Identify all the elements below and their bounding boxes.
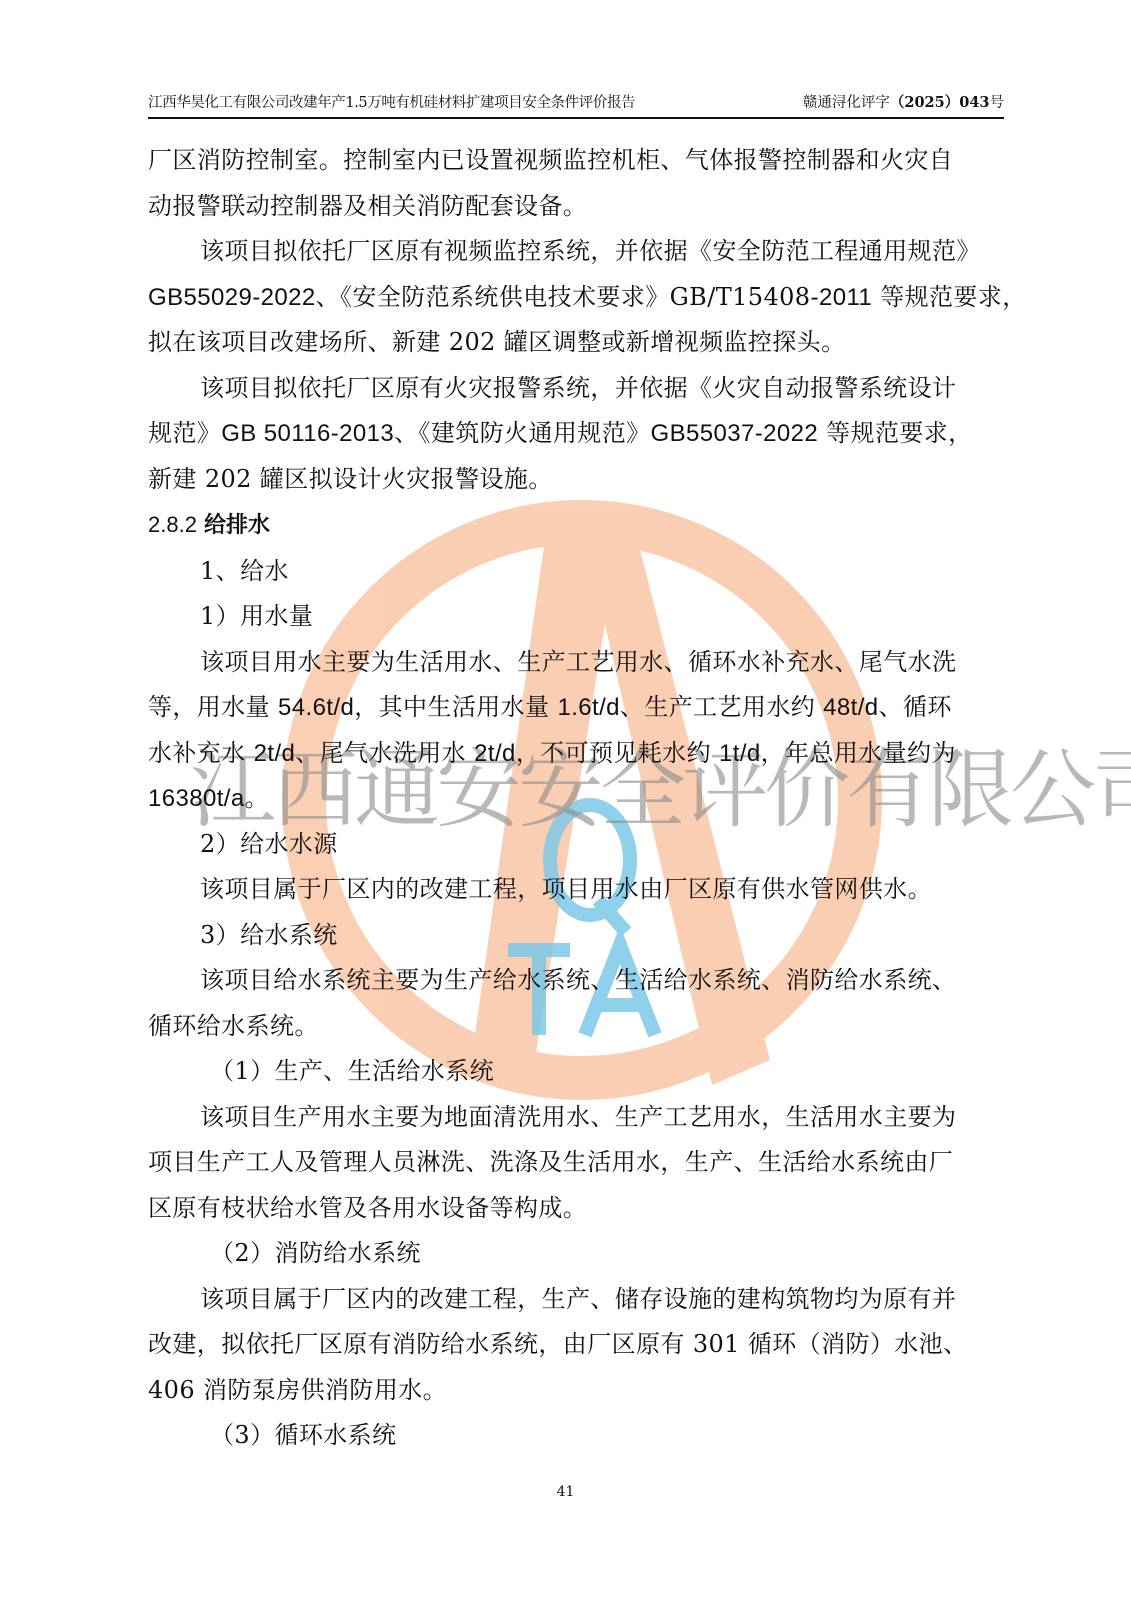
value-domestic: 1.6t/d xyxy=(557,694,619,721)
standard-code: GB55029-2022 xyxy=(148,284,316,311)
page-body: 厂区消防控制室。控制室内已设置视频监控机柜、气体报警控制器和火灾自 动报警联动控… xyxy=(148,138,1004,1459)
report-title: 江西华昊化工有限公司改建年产1.5万吨有机硅材料扩建项目安全条件评价报告 xyxy=(148,92,635,114)
list-item: 1、给水 xyxy=(148,549,1004,595)
page-number: 41 xyxy=(0,1484,1131,1500)
paragraph-line: 该项目给水系统主要为生产给水系统、生活给水系统、消防给水系统、 xyxy=(148,958,1004,1004)
paragraph-line: 项目生产工人及管理人员淋洗、洗涤及生活用水，生产、生活给水系统由厂 xyxy=(148,1140,1004,1186)
text-span: 等规范要求， xyxy=(818,419,972,447)
value-tail-gas-wash: 2t/d xyxy=(474,740,516,767)
subsection-title: （1）生产、生活给水系统 xyxy=(148,1049,1004,1095)
paragraph-line: 改建，拟依托厂区原有消防给水系统，由厂区原有 301 循环（消防）水池、 xyxy=(148,1322,1004,1368)
text-span: 、《建筑防火通用规范》 xyxy=(394,419,650,447)
text-span: ，年总用水量约为 xyxy=(761,739,956,767)
list-subitem: 2）给水水源 xyxy=(148,822,1004,868)
paragraph-line: 厂区消防控制室。控制室内已设置视频监控机柜、气体报警控制器和火灾自 xyxy=(148,138,1004,184)
text-span: 、生产工艺用水约 xyxy=(620,693,823,721)
text-span: 、循环 xyxy=(879,693,952,721)
text-span: ，不可预见耗水约 xyxy=(516,739,719,767)
subsection-title: （2）消防给水系统 xyxy=(148,1231,1004,1277)
doc-number-year: （2025）043 xyxy=(890,94,990,111)
paragraph-line: 水补充水 2t/d、尾气水洗用水 2t/d，不可预见耗水约 1t/d，年总用水量… xyxy=(148,731,1004,777)
header-divider xyxy=(148,117,1004,119)
paragraph-line: 该项目用水主要为生活用水、生产工艺用水、循环水补充水、尾气水洗 xyxy=(148,640,1004,686)
text-span: 规范》 xyxy=(148,419,221,447)
paragraph-line: 该项目属于厂区内的改建工程，项目用水由厂区原有供水管网供水。 xyxy=(148,867,1004,913)
section-title: 给排水 xyxy=(204,512,270,537)
paragraph-line: 该项目生产用水主要为地面清洗用水、生产工艺用水，生活用水主要为 xyxy=(148,1095,1004,1141)
paragraph-line: 规范》GB 50116-2013、《建筑防火通用规范》GB55037-2022 … xyxy=(148,411,1004,457)
paragraph-line: 新建 202 罐区拟设计火灾报警设施。 xyxy=(148,457,1004,503)
text-span: 水补充水 xyxy=(148,739,254,767)
paragraph-line: 等，用水量 54.6t/d，其中生活用水量 1.6t/d、生产工艺用水约 48t… xyxy=(148,685,1004,731)
paragraph-line: 动报警联动控制器及相关消防配套设备。 xyxy=(148,184,1004,230)
text-span: 等，用水量 xyxy=(148,693,278,721)
text-span: 。 xyxy=(245,784,269,812)
paragraph-line: 该项目拟依托厂区原有火灾报警系统，并依据《火灾自动报警系统设计 xyxy=(148,366,1004,412)
doc-number-suffix: 号 xyxy=(990,95,1005,111)
paragraph-line: 区原有枝状给水管及各用水设备等构成。 xyxy=(148,1186,1004,1232)
paragraph-line: 该项目属于厂区内的改建工程，生产、储存设施的建构筑物均为原有并 xyxy=(148,1277,1004,1323)
value-annual-total: 16380t/a xyxy=(148,785,245,812)
section-heading: 2.8.2 给排水 xyxy=(148,502,1004,549)
paragraph-line: 该项目拟依托厂区原有视频监控系统，并依据《安全防范工程通用规范》 xyxy=(148,229,1004,275)
paragraph-line: 拟在该项目改建场所、新建 202 罐区调整或新增视频监控探头。 xyxy=(148,320,1004,366)
subsection-title: （3）循环水系统 xyxy=(148,1413,1004,1459)
text-span: 、《安全防范系统供电技术要求》GB/T15408- xyxy=(316,283,819,311)
paragraph-line: 循环给水系统。 xyxy=(148,1004,1004,1050)
paragraph-line: 406 消防泵房供消防用水。 xyxy=(148,1368,1004,1414)
value-process: 48t/d xyxy=(823,694,878,721)
text-span: ，其中生活用水量 xyxy=(354,693,557,721)
standard-year: 2011 xyxy=(819,284,872,311)
page-header: 江西华昊化工有限公司改建年产1.5万吨有机硅材料扩建项目安全条件评价报告 赣通浔… xyxy=(148,92,1004,118)
standard-code: GB55037-2022 xyxy=(651,420,819,447)
value-circulating-makeup: 2t/d xyxy=(254,740,296,767)
value-unforeseen: 1t/d xyxy=(719,740,761,767)
paragraph-line: GB55029-2022、《安全防范系统供电技术要求》GB/T15408-201… xyxy=(148,275,1004,321)
list-subitem: 1）用水量 xyxy=(148,594,1004,640)
document-number: 赣通浔化评字（2025）043号 xyxy=(803,92,1004,114)
section-number: 2.8.2 xyxy=(148,512,197,537)
list-subitem: 3）给水系统 xyxy=(148,913,1004,959)
paragraph-line: 16380t/a。 xyxy=(148,776,1004,822)
doc-number-prefix: 赣通浔化评字 xyxy=(803,95,890,111)
value-total-daily: 54.6t/d xyxy=(278,694,354,721)
text-span: 等规范要求， xyxy=(872,283,1026,311)
text-span: 、尾气水洗用水 xyxy=(295,739,474,767)
standard-code: GB 50116-2013 xyxy=(221,420,394,447)
